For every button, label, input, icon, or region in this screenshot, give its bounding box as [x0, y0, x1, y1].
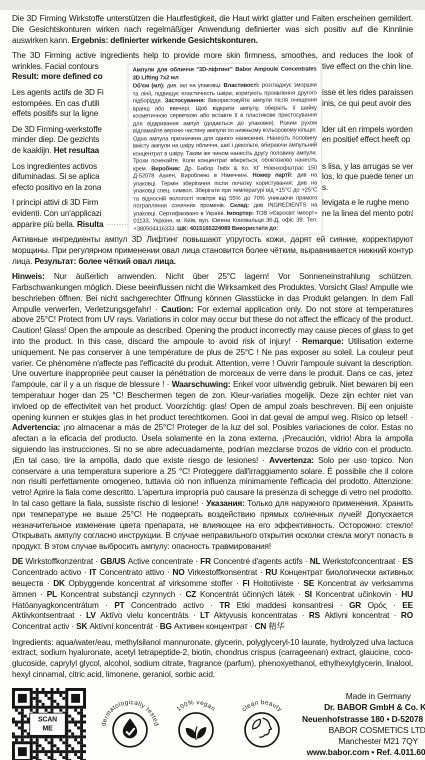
lang-text: Aktívní koncentrát · — [89, 622, 159, 631]
lang-code: RO — [401, 611, 413, 620]
lang-text: 精华 — [268, 622, 284, 631]
left-fragment: effets positifs sur la ligne — [12, 109, 98, 120]
lang-code: EE — [402, 601, 413, 610]
text-run: Указания: — [206, 499, 244, 508]
text-run: Використати до: — [232, 225, 278, 231]
address-line: Neuenhofstrasse 180 • D-52078 Aachen — [302, 714, 425, 725]
lang-code: RU — [265, 568, 279, 577]
text-run: Advertencia: — [12, 423, 60, 432]
text-run: Номер партії: — [253, 173, 293, 179]
text-run: Risulta — [77, 220, 103, 229]
qr-scan-me-label: SCAN — [38, 716, 57, 723]
lang-text: Hoitotiiviste · — [253, 579, 303, 588]
text-run: s lisa, y las arrugas se ven — [322, 162, 413, 171]
lang-text: Ορός · — [368, 601, 403, 610]
text-run: Het resultaa — [54, 146, 99, 155]
lang-code: FI — [242, 579, 253, 588]
text-run: I principi attivi di 3D Firm — [12, 198, 98, 207]
text-run: The 3D Firming active ingredients help t… — [12, 51, 413, 62]
right-fragment: isse et les rides paraissent — [322, 88, 413, 99]
left-fragment: estompées. En cas d'utili — [12, 99, 99, 110]
lang-code: NO — [173, 568, 188, 577]
certification-badges: dermatologically tested 100% vegan — [99, 694, 293, 756]
text-run: ·············· ··· ···· ··· ········· — [103, 220, 128, 229]
left-fragment: I principi attivi di 3D Firm — [12, 198, 98, 209]
lang-code: RS — [309, 611, 325, 620]
left-fragment: Les agents actifs de 3D Fi — [12, 88, 104, 99]
lang-code: BG — [160, 622, 174, 631]
left-fragment: de kaaklijn. Het resultaa — [12, 146, 99, 157]
address-line: Manchester M21 7QY — [302, 736, 425, 747]
text-run: lder uit en rimpels worden — [322, 125, 413, 134]
text-run: Caution: — [161, 305, 193, 314]
text-run: evidenti. Con un'applicazi — [12, 209, 101, 218]
lang-code: LV — [86, 611, 100, 620]
text-run: isse et les rides paraissent — [322, 88, 413, 97]
text-run: Виробник: — [151, 166, 180, 172]
right-fragment: ne la linea del mento potrà — [322, 209, 413, 220]
left-fragment: difuminadas. Si se aplica — [12, 172, 100, 183]
right-fragment: inis, ce qui peut avoir des — [322, 99, 411, 110]
text-run: Les agents actifs de 3D Fi — [12, 88, 104, 97]
lang-code: ES — [402, 557, 413, 566]
qr-scan-me-label: ME — [42, 725, 53, 732]
text-run: effets positifs sur la ligne — [12, 109, 98, 118]
lang-code: GR — [349, 601, 368, 610]
text-run: s. — [322, 183, 328, 192]
left-fragment: wrinkles. Facial contours — [12, 62, 99, 73]
lang-code: DE — [12, 557, 25, 566]
lang-text: Concentrato attivo · — [99, 568, 172, 577]
left-fragment: efecto positivo en la zona — [12, 183, 101, 194]
left-fragment: Result: more defined co — [12, 72, 103, 83]
paragraph-de-intro: Die 3D Firming Wirkstoffe unterstützen d… — [12, 14, 413, 46]
text-run: en positief effect heeft op — [322, 135, 410, 144]
text-run: Об'єм (мл): — [133, 83, 165, 89]
sticker-title: Ампули для обличчя "3D-ліфтинг" Babor Am… — [133, 67, 317, 83]
paragraph-language-list: DE Wirkstoffkonzentrat · GB/US Active co… — [12, 557, 413, 633]
text-run: levigata e le rughe meno — [322, 198, 409, 207]
lang-code: FR — [200, 557, 213, 566]
lang-text: Active concentrate · — [128, 557, 200, 566]
text-run: los, lo que puede tener un — [322, 172, 413, 181]
text-run: minder diep. De gezichts — [12, 135, 99, 144]
lang-text: Concentré d'agents actifs · — [213, 557, 310, 566]
svg-text:100% vegan: 100% vegan — [175, 699, 216, 713]
right-fragment: levigata e le rughe meno — [322, 198, 409, 209]
lang-text: Koncentrat substancji czynnych · — [61, 590, 186, 599]
drop-check-icon — [123, 718, 137, 738]
text-run: wrinkles. Facial contours — [12, 62, 99, 71]
lang-code: CN — [255, 622, 269, 631]
right-fragment: los, lo que puede tener un — [322, 172, 413, 183]
text-run: Використовуйте ампули після очищення вра… — [133, 98, 317, 172]
lang-text: Aktivni koncentrat · — [324, 611, 400, 620]
text-run: Avvertenza: — [269, 456, 314, 465]
lang-text: Активен концентрат · — [174, 622, 255, 631]
text-run: difuminadas. Si se aplica — [12, 172, 100, 181]
text-run: Склад: — [230, 203, 249, 209]
text-run: Hinweis: — [12, 272, 45, 281]
lang-text: Opbyggende koncentrat af virksomme stoff… — [68, 579, 242, 588]
paragraph-ru-intro: Активные ингредиенты ампул 3D Лифтинг по… — [12, 235, 413, 267]
lang-code: PL — [47, 590, 61, 599]
lang-text: Concentrado activo · — [12, 568, 89, 577]
import-info-sticker: Ампули для обличчя "3D-ліфтинг" Babor Am… — [128, 62, 323, 235]
lang-text: Aktīvo vielu koncentrāts · — [100, 611, 200, 620]
text-run: Waarschuwing: — [172, 380, 231, 389]
text-line: The 3D Firming active ingredients help t… — [12, 51, 413, 62]
lang-text: Wirkstoffkonzentrat · — [25, 557, 100, 566]
lang-text: Concentrat activ · — [12, 622, 76, 631]
left-fragment: evidenti. Con un'applicazi — [12, 209, 101, 220]
address-line: Dr. BABOR GmbH & Co. KG — [302, 702, 425, 713]
sticker-body: Об'єм (мл): див. мл на упаковці. Властив… — [133, 83, 318, 234]
lang-code: DK — [53, 579, 68, 588]
text-run: Ergebnis: definierter wirkende Gesichtsk… — [72, 36, 258, 45]
lang-code: IT — [89, 568, 99, 577]
right-fragment: tive effect on the chin line. — [322, 62, 413, 73]
product-label: Die 3D Firming Wirkstoffe unterstützen d… — [0, 10, 425, 760]
left-fragment: De 3D Firming-werkstoffe — [12, 125, 102, 136]
dermatologically-tested-badge: dermatologically tested — [99, 694, 161, 756]
lang-code: TR — [219, 601, 236, 610]
left-fragment: apparire più bella. Risulta ············… — [12, 220, 128, 231]
lang-code: SK — [76, 622, 89, 631]
text-run: Результат: более чёткий овал лица. — [34, 257, 175, 266]
lang-code: GB/US — [100, 557, 128, 566]
right-fragment: lder uit en rimpels worden — [322, 125, 413, 136]
text-run: de kaaklijn. — [12, 146, 54, 155]
manufacturer-address: Made in GermanyDr. BABOR GmbH & Co. KGNe… — [302, 691, 425, 758]
lang-code: PT — [114, 601, 131, 610]
text-run: Result: more defined co — [12, 72, 103, 81]
lang-code: HU — [401, 590, 413, 599]
text-run: Los ingredientes activos — [12, 162, 97, 171]
address-line: Made in Germany — [302, 691, 425, 702]
lang-text: Werkstofconcentraat · — [323, 557, 403, 566]
right-fragment: s. — [322, 183, 328, 194]
lang-code: SI — [304, 590, 315, 599]
left-fragment: Los ingredientes activos — [12, 162, 97, 173]
text-run: Ingredients: aqua/water/eau, methylsilan… — [12, 638, 413, 679]
lang-text: Aktyvusis koncentratas · — [214, 611, 309, 620]
text-run: Remarque: — [302, 337, 344, 346]
address-line: BABOR COSMETICS LTD. — [302, 725, 425, 736]
clean-beauty-badge: clean beauty — [231, 694, 293, 756]
text-run: ne la linea del mento potrà — [322, 209, 413, 218]
text-run: Властивості: — [224, 83, 260, 89]
svg-text:clean beauty: clean beauty — [241, 699, 284, 713]
text-run: tive effect on the chin line. — [322, 62, 413, 71]
paragraph-warnings: Hinweis: Nur äußerlich anwenden. Nicht ü… — [12, 272, 413, 553]
lang-text: Aktiivkontsentraat · — [12, 611, 86, 620]
vegan-leaves-icon — [186, 727, 206, 740]
qr-code: SCANME — [12, 688, 86, 760]
text-run: ШК: 4015165324089 — [177, 225, 230, 231]
right-fragment: s lisa, y las arrugas se ven — [322, 162, 413, 173]
text-run: Імпортер: — [227, 210, 254, 216]
lang-code: NL — [310, 557, 323, 566]
lang-text: Koncentrát účinných látek · — [200, 590, 304, 599]
lang-text: Virkestoffkonsentrat · — [187, 568, 265, 577]
text-run: efecto positivo en la zona — [12, 183, 101, 192]
lang-text: Concentrado activo · — [131, 601, 219, 610]
product-label-page: { "colors":{"page_bg":"#e7e7e5","label_b… — [0, 0, 425, 760]
lang-code: CZ — [185, 590, 200, 599]
text-run: apparire più bella. — [12, 220, 77, 229]
text-run: див. мл на упаковці. — [165, 83, 224, 89]
vegan-badge: 100% vegan — [165, 694, 227, 756]
text-run: Застосування: — [165, 98, 206, 104]
text-run: De 3D Firming-werkstoffe — [12, 125, 102, 134]
text-run: estompées. En cas d'utili — [12, 99, 99, 108]
text-run: inis, ce qui peut avoir des — [322, 99, 411, 108]
paragraph-ingredients: Ingredients: aqua/water/eau, methylsilan… — [12, 638, 413, 681]
lang-text: Hatóanyagkoncentrátum · — [12, 601, 114, 610]
left-fragment: minder diep. De gezichts — [12, 135, 99, 146]
lang-text: Etki maddesi konsantresi · — [237, 601, 349, 610]
address-line: www.babor.com • Ref. 4.011.60 • 2111 — [302, 747, 425, 758]
leaf-face-icon — [253, 718, 272, 737]
lang-text: Koncentrat učinkovin · — [316, 590, 402, 599]
right-fragment: en positief effect heeft op — [322, 135, 410, 146]
lang-code: LT — [200, 611, 214, 620]
lang-code: SE — [303, 579, 317, 588]
label-footer: SCANME dermatologically tested — [12, 688, 413, 760]
